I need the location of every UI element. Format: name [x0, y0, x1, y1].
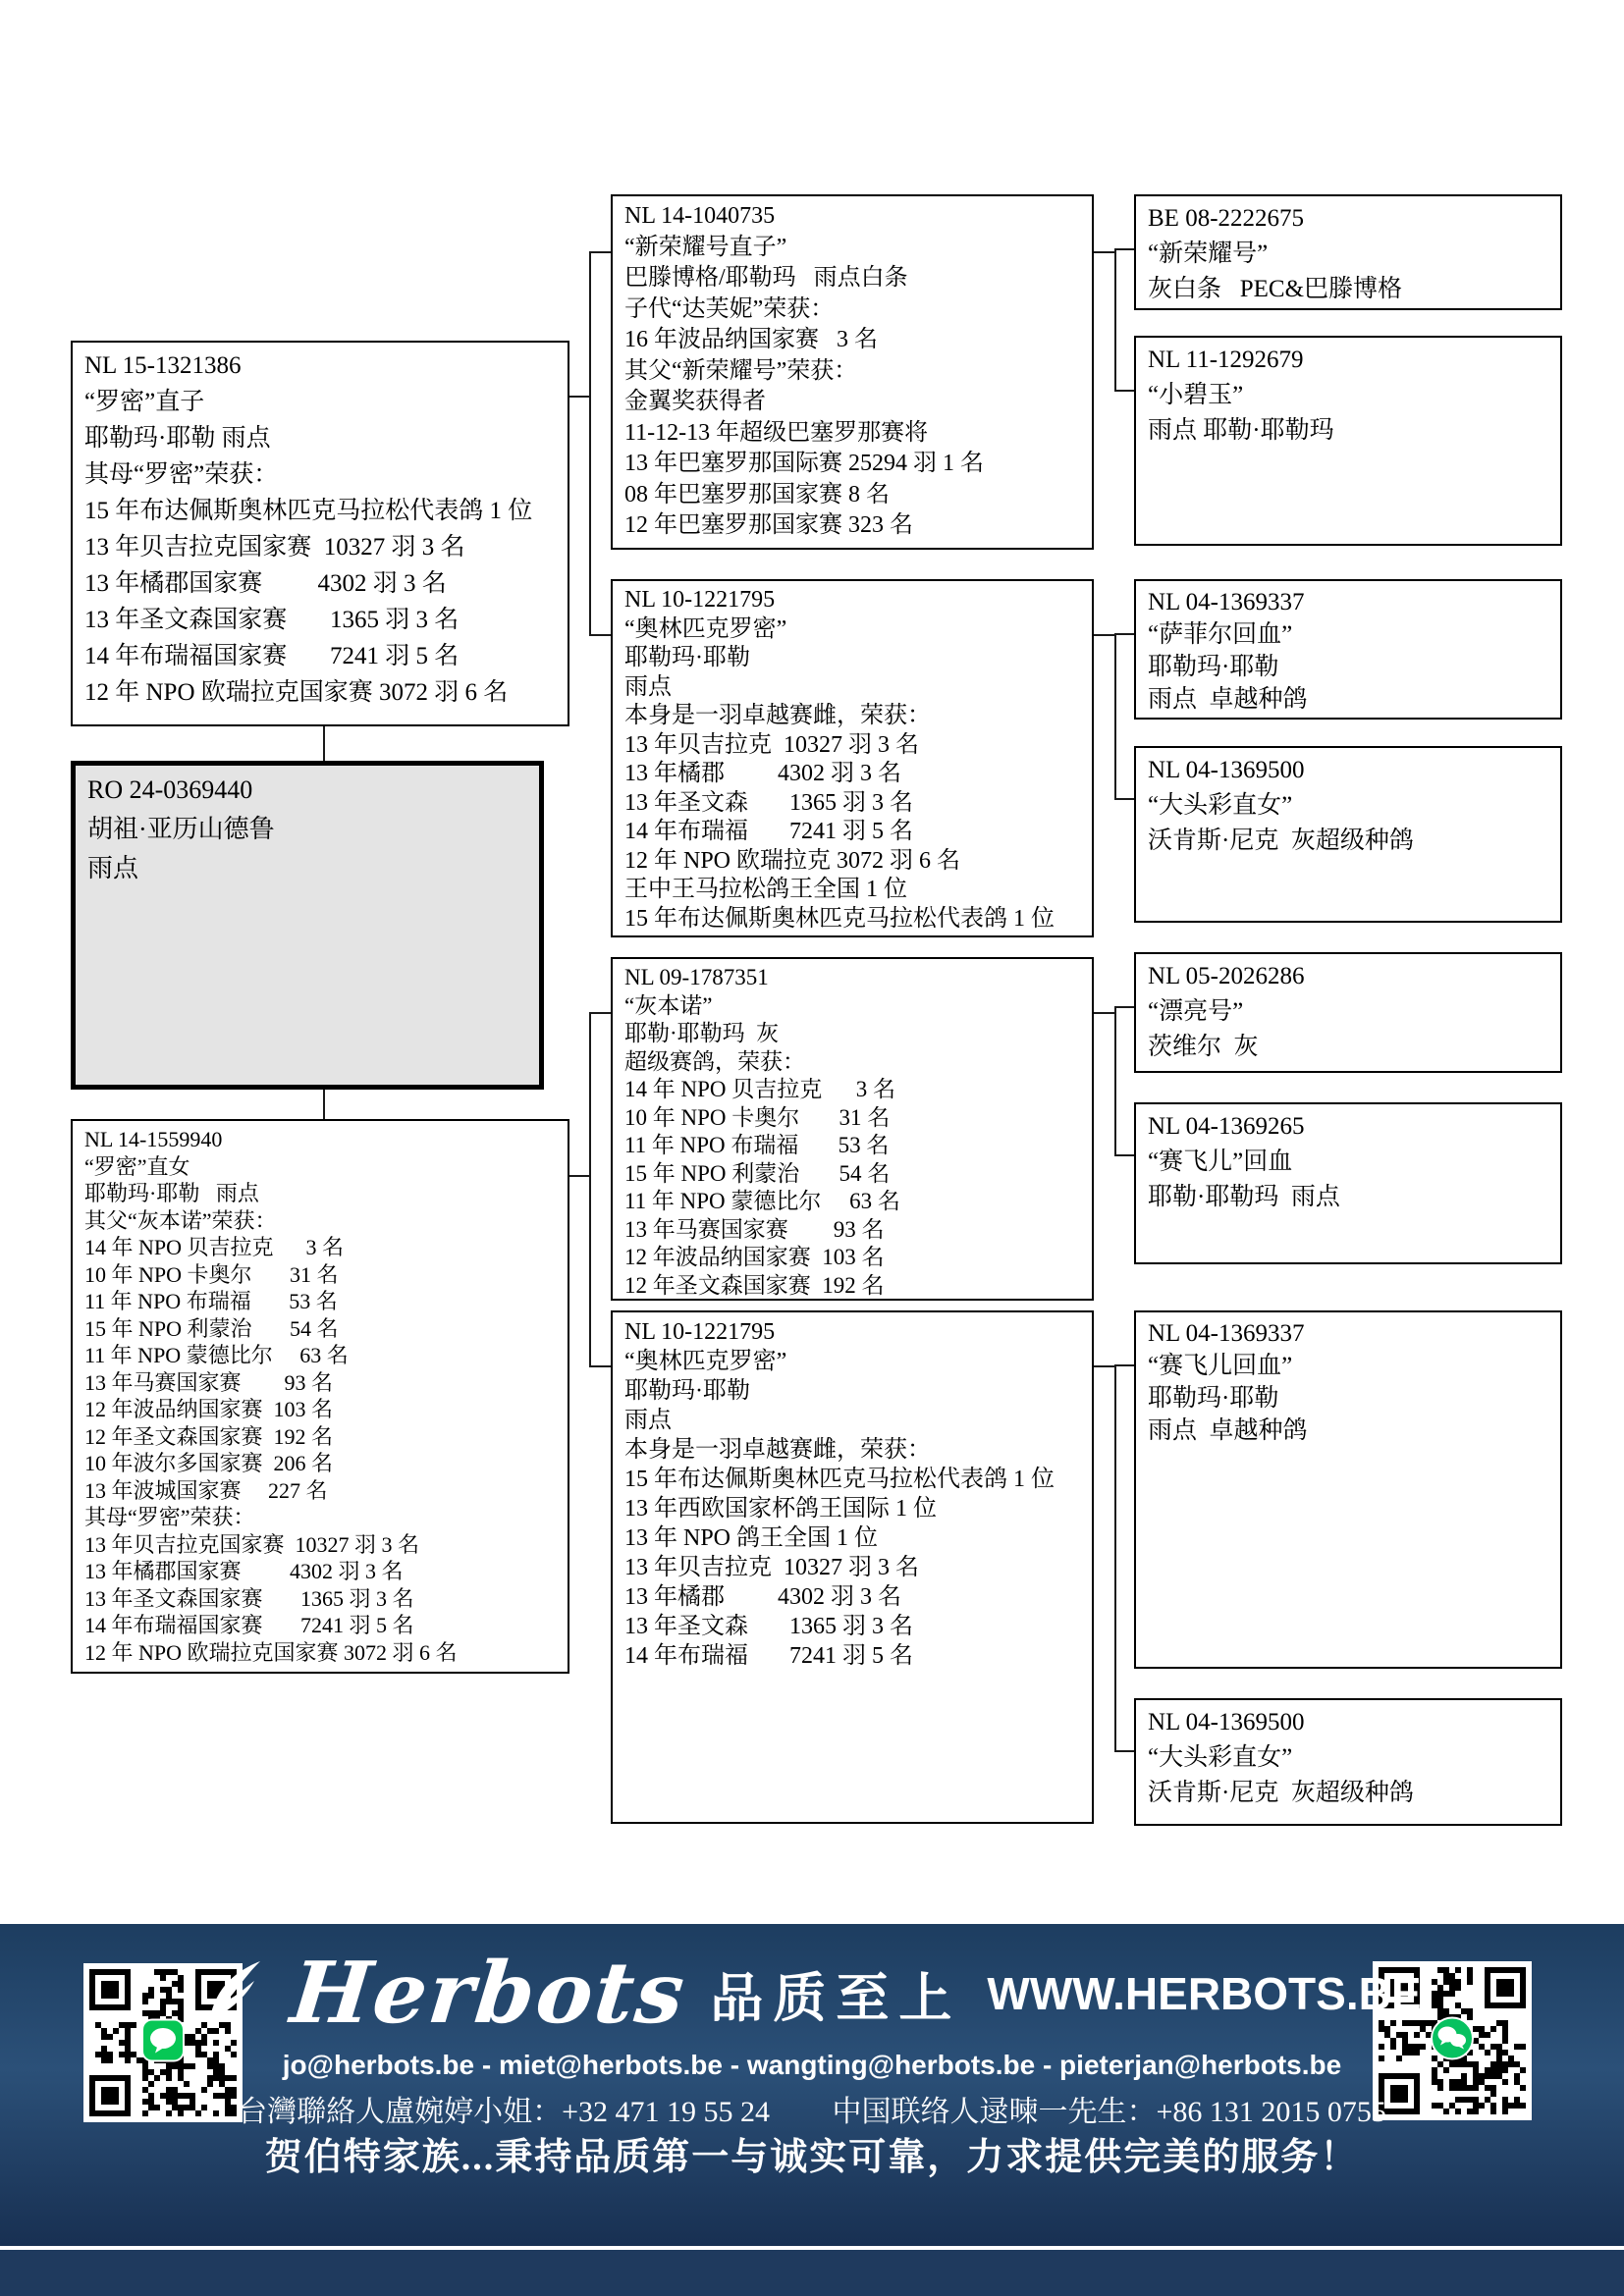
pedigree-line: “大头彩直女” [1148, 1740, 1552, 1776]
connector-line [589, 1012, 591, 1367]
pedigree-line: 13 年巴塞罗那国际赛 25294 羽 1 名 [624, 449, 1084, 480]
pedigree-line: 本身是一羽卓越赛雌，荣获： [624, 1435, 1084, 1465]
pedigree-line: 12 年巴塞罗那国家赛 323 名 [624, 510, 1084, 542]
pedigree-line: 其母“罗密”荣获： [84, 456, 560, 493]
connector-line [1094, 1365, 1116, 1367]
pedigree-line: NL 14-1040735 [624, 201, 1084, 233]
pedigree-line: 14 年 NPO 贝吉拉克 3 名 [624, 1076, 1084, 1104]
pedigree-line: 13 年贝吉拉克 10327 羽 3 名 [624, 1553, 1084, 1582]
pedigree-line: 金翼奖获得者 [624, 387, 1084, 418]
feather-icon [203, 1957, 266, 2031]
pedigree-box-granddam-paternal: NL 10-1221795“奥林匹克罗密”耶勒玛·耶勒雨点本身是一羽卓越赛雌，荣… [611, 579, 1094, 937]
pedigree-box-granddam-maternal: NL 10-1221795“奥林匹克罗密”耶勒玛·耶勒雨点本身是一羽卓越赛雌，荣… [611, 1310, 1094, 1824]
pedigree-line: 沃肯斯·尼克 灰超级种鸽 [1148, 824, 1552, 859]
pedigree-line: 14 年布瑞福国家赛 7241 羽 5 名 [84, 638, 560, 674]
pedigree-line: 耶勒玛·耶勒 [624, 644, 1084, 673]
pedigree-line: 10 年 NPO 卡奥尔 31 名 [84, 1261, 560, 1289]
pedigree-line: 13 年橘郡国家赛 4302 羽 3 名 [84, 565, 560, 602]
pedigree-line: 耶勒玛·耶勒 [624, 1376, 1084, 1406]
pedigree-line: 11 年 NPO 布瑞福 53 名 [624, 1132, 1084, 1160]
pedigree-line: 13 年马赛国家赛 93 名 [624, 1216, 1084, 1245]
pedigree-line: 耶勒·耶勒玛 雨点 [1148, 1180, 1552, 1215]
pedigree-line: “漂亮号” [1148, 994, 1552, 1030]
connector-line [1114, 1364, 1116, 1752]
pedigree-line: 12 年 NPO 欧瑞拉克 3072 羽 6 名 [624, 847, 1084, 877]
pedigree-line: 本身是一羽卓越赛雌，荣获： [624, 702, 1084, 731]
connector-line [1114, 1006, 1134, 1008]
connector-line [1114, 1750, 1134, 1752]
pedigree-line: 15 年布达佩斯奥林匹克马拉松代表鸽 1 位 [624, 905, 1084, 934]
pedigree-line: 耶勒玛·耶勒 雨点 [84, 1180, 560, 1207]
connector-line [1094, 1012, 1116, 1014]
connector-line [1114, 248, 1134, 250]
pedigree-line: 13 年圣文森 1365 羽 3 名 [624, 789, 1084, 819]
pedigree-line: NL 04-1369500 [1148, 1705, 1552, 1740]
brand-slogan-cn: 品质至上 [710, 1956, 961, 2032]
pedigree-line: 沃肯斯·尼克 灰超级种鸽 [1148, 1776, 1552, 1811]
pedigree-line: 超级赛鸽，荣获： [624, 1048, 1084, 1077]
pedigree-line: RO 24-0369440 [87, 771, 531, 810]
pedigree-box-grandsire-maternal: NL 09-1787351“灰本诺”耶勒·耶勒玛 灰超级赛鸽，荣获：14 年 N… [611, 957, 1094, 1301]
website-url: WWW.HERBOTS.BE [987, 1967, 1421, 2020]
pedigree-line: 14 年布瑞福国家赛 7241 羽 5 名 [84, 1612, 560, 1639]
pedigree-line: “新荣耀号” [1148, 237, 1552, 272]
pedigree-line: 耶勒玛·耶勒 [1148, 651, 1552, 683]
pedigree-line: 13 年圣文森 1365 羽 3 名 [624, 1612, 1084, 1641]
connector-line [589, 1365, 611, 1367]
pedigree-line: 12 年 NPO 欧瑞拉克国家赛 3072 羽 6 名 [84, 1639, 560, 1667]
pedigree-line: 其母“罗密”荣获： [84, 1504, 560, 1531]
pedigree-line: 13 年贝吉拉克国家赛 10327 羽 3 名 [84, 1531, 560, 1559]
footer-tagline: 贺伯特家族...秉持品质第一与诚实可靠，力求提供完美的服务！ [0, 2126, 1624, 2180]
pedigree-line: “罗密”直子 [84, 384, 560, 420]
connector-line [589, 1012, 611, 1014]
pedigree-line: 11-12-13 年超级巴塞罗那赛将 [624, 418, 1084, 450]
brand-row: Herbots 品质至上 WWW.HERBOTS.BE [0, 1951, 1624, 2036]
pedigree-line: 10 年波尔多国家赛 206 名 [84, 1450, 560, 1477]
footer-main: Herbots 品质至上 WWW.HERBOTS.BE jo@herbots.b… [0, 1924, 1624, 2246]
pedigree-line: NL 15-1321386 [84, 347, 560, 384]
pedigree-line: 12 年波品纳国家赛 103 名 [624, 1244, 1084, 1272]
pedigree-line: 12 年波品纳国家赛 103 名 [84, 1396, 560, 1423]
pedigree-line: 耶勒·耶勒玛 灰 [624, 1020, 1084, 1048]
connector-line [1114, 798, 1134, 800]
footer-banner: Herbots 品质至上 WWW.HERBOTS.BE jo@herbots.b… [0, 1924, 1624, 2296]
pedigree-line: 茨维尔 灰 [1148, 1030, 1552, 1065]
pedigree-line: “新荣耀号直子” [624, 233, 1084, 264]
pedigree-line: 15 年 NPO 利蒙治 54 名 [84, 1315, 560, 1343]
pedigree-line: 15 年 NPO 利蒙治 54 名 [624, 1160, 1084, 1189]
pedigree-line: NL 09-1787351 [624, 964, 1084, 992]
pedigree-line: NL 10-1221795 [624, 1317, 1084, 1347]
pedigree-line: 16 年波品纳国家赛 3 名 [624, 325, 1084, 356]
connector-line [1114, 633, 1134, 635]
connector-line [1114, 1154, 1134, 1156]
pedigree-box-greatgrandparent-4: NL 04-1369500“大头彩直女”沃肯斯·尼克 灰超级种鸽 [1134, 746, 1562, 923]
pedigree-line: NL 04-1369500 [1148, 753, 1552, 788]
pedigree-line: 巴滕博格/耶勒玛 雨点白条 [624, 263, 1084, 294]
connector-line [589, 251, 611, 253]
pedigree-line: “罗密”直女 [84, 1153, 560, 1181]
pedigree-line: 13 年贝吉拉克国家赛 10327 羽 3 名 [84, 529, 560, 565]
pedigree-page: NL 15-1321386“罗密”直子耶勒玛·耶勒 雨点其母“罗密”荣获：15 … [0, 0, 1624, 2296]
pedigree-line: NL 14-1559940 [84, 1126, 560, 1153]
pedigree-line: 其父“灰本诺”荣获： [84, 1207, 560, 1235]
pedigree-line: 子代“达芙妮”荣获： [624, 294, 1084, 326]
pedigree-line: 13 年橘郡 4302 羽 3 名 [624, 1582, 1084, 1612]
pedigree-line: 14 年 NPO 贝吉拉克 3 名 [84, 1234, 560, 1261]
contact-taiwan: 台灣聯絡人盧婉婷小姐：+32 471 19 55 24 [238, 2096, 770, 2128]
footer-bottom-strip [0, 2250, 1624, 2296]
pedigree-line: 雨点 [624, 1406, 1084, 1435]
pedigree-line: 其父“新荣耀号”荣获： [624, 356, 1084, 388]
pedigree-line: 11 年 NPO 布瑞福 53 名 [84, 1288, 560, 1315]
pedigree-line: 13 年贝吉拉克 10327 羽 3 名 [624, 731, 1084, 761]
pedigree-line: 13 年波城国家赛 227 名 [84, 1477, 560, 1505]
pedigree-line: 雨点 [87, 849, 531, 888]
pedigree-box-greatgrandparent-5: NL 05-2026286“漂亮号”茨维尔 灰 [1134, 952, 1562, 1073]
pedigree-line: 胡祖·亚历山德鲁 [87, 810, 531, 849]
pedigree-line: “赛飞儿回血” [1148, 1350, 1552, 1382]
pedigree-box-greatgrandparent-2: NL 11-1292679“小碧玉”雨点 耶勒·耶勒玛 [1134, 336, 1562, 546]
pedigree-line: 雨点 耶勒·耶勒玛 [1148, 413, 1552, 449]
connector-line [1094, 251, 1116, 253]
pedigree-line: NL 04-1369337 [1148, 586, 1552, 618]
pedigree-box-grandsire-paternal: NL 14-1040735“新荣耀号直子”巴滕博格/耶勒玛 雨点白条子代“达芙妮… [611, 194, 1094, 550]
pedigree-line: 15 年布达佩斯奥林匹克马拉松代表鸽 1 位 [624, 1465, 1084, 1494]
pedigree-line: “赛飞儿”回血 [1148, 1145, 1552, 1180]
connector-line [323, 1090, 325, 1119]
pedigree-line: 15 年布达佩斯奥林匹克马拉松代表鸽 1 位 [84, 493, 560, 529]
connector-line [589, 251, 591, 636]
pedigree-line: 13 年橘郡 4302 羽 3 名 [624, 760, 1084, 789]
connector-line [1114, 1364, 1134, 1366]
pedigree-line: NL 10-1221795 [624, 586, 1084, 615]
pedigree-line: 耶勒玛·耶勒 雨点 [84, 420, 560, 456]
connector-line [1094, 634, 1116, 636]
pedigree-line: BE 08-2222675 [1148, 201, 1552, 237]
connector-line [1114, 248, 1116, 392]
pedigree-line: 10 年 NPO 卡奥尔 31 名 [624, 1104, 1084, 1133]
pedigree-line: 雨点 卓越种鸽 [1148, 683, 1552, 716]
brand-logo: Herbots [287, 1951, 689, 2036]
pedigree-box-greatgrandparent-7: NL 04-1369337“赛飞儿回血”耶勒玛·耶勒雨点 卓越种鸽 [1134, 1310, 1562, 1669]
pedigree-box-subject: RO 24-0369440胡祖·亚历山德鲁雨点 [71, 761, 544, 1090]
pedigree-line: “奥林匹克罗密” [624, 1347, 1084, 1376]
pedigree-line: 12 年圣文森国家赛 192 名 [624, 1272, 1084, 1301]
pedigree-line: 灰白条 PEC&巴滕博格 [1148, 272, 1552, 307]
connector-line [323, 726, 325, 761]
pedigree-line: “小碧玉” [1148, 378, 1552, 413]
contact-china: 中国联络人逯暕一先生：+86 131 2015 0755 [833, 2096, 1386, 2128]
pedigree-line: “奥林匹克罗密” [624, 615, 1084, 645]
connector-line [1114, 390, 1134, 392]
connector-line [589, 634, 611, 636]
pedigree-line: 13 年西欧国家杯鸽王国际 1 位 [624, 1494, 1084, 1523]
pedigree-line: 14 年布瑞福 7241 羽 5 名 [624, 1641, 1084, 1671]
connector-line [1114, 633, 1116, 800]
pedigree-box-greatgrandparent-1: BE 08-2222675“新荣耀号”灰白条 PEC&巴滕博格 [1134, 194, 1562, 310]
pedigree-line: 雨点 卓越种鸽 [1148, 1415, 1552, 1447]
connector-line [569, 396, 591, 398]
pedigree-line: 13 年圣文森国家赛 1365 羽 3 名 [84, 602, 560, 638]
pedigree-line: 11 年 NPO 蒙德比尔 63 名 [624, 1188, 1084, 1216]
pedigree-line: 13 年圣文森国家赛 1365 羽 3 名 [84, 1585, 560, 1613]
contact-emails: jo@herbots.be - miet@herbots.be - wangti… [0, 2050, 1624, 2081]
pedigree-line: 雨点 [624, 673, 1084, 703]
contact-phones: 台灣聯絡人盧婉婷小姐：+32 471 19 55 24 中国联络人逯暕一先生：+… [0, 2087, 1624, 2130]
pedigree-line: 11 年 NPO 蒙德比尔 63 名 [84, 1342, 560, 1369]
pedigree-box-greatgrandparent-8: NL 04-1369500“大头彩直女”沃肯斯·尼克 灰超级种鸽 [1134, 1698, 1562, 1826]
pedigree-line: 13 年橘郡国家赛 4302 羽 3 名 [84, 1558, 560, 1585]
pedigree-line: “萨菲尔回血” [1148, 618, 1552, 651]
connector-line [569, 1175, 591, 1177]
pedigree-line: 13 年马赛国家赛 93 名 [84, 1369, 560, 1397]
pedigree-line: “大头彩直女” [1148, 788, 1552, 824]
pedigree-line: NL 04-1369265 [1148, 1109, 1552, 1145]
connector-line [1114, 1006, 1116, 1156]
pedigree-line: NL 04-1369337 [1148, 1317, 1552, 1350]
pedigree-line: 08 年巴塞罗那国家赛 8 名 [624, 480, 1084, 511]
pedigree-line: 耶勒玛·耶勒 [1148, 1382, 1552, 1415]
pedigree-line: 王中王马拉松鸽王全国 1 位 [624, 876, 1084, 905]
pedigree-box-greatgrandparent-6: NL 04-1369265“赛飞儿”回血耶勒·耶勒玛 雨点 [1134, 1102, 1562, 1264]
pedigree-line: 12 年 NPO 欧瑞拉克国家赛 3072 羽 6 名 [84, 674, 560, 711]
pedigree-line: 12 年圣文森国家赛 192 名 [84, 1423, 560, 1451]
pedigree-line: NL 05-2026286 [1148, 959, 1552, 994]
pedigree-box-father: NL 15-1321386“罗密”直子耶勒玛·耶勒 雨点其母“罗密”荣获：15 … [71, 341, 569, 726]
pedigree-box-mother: NL 14-1559940“罗密”直女耶勒玛·耶勒 雨点其父“灰本诺”荣获：14… [71, 1119, 569, 1674]
pedigree-line: “灰本诺” [624, 992, 1084, 1021]
pedigree-box-greatgrandparent-3: NL 04-1369337“萨菲尔回血”耶勒玛·耶勒雨点 卓越种鸽 [1134, 579, 1562, 720]
pedigree-line: NL 11-1292679 [1148, 343, 1552, 378]
pedigree-line: 14 年布瑞福 7241 羽 5 名 [624, 818, 1084, 847]
pedigree-line: 13 年 NPO 鸽王全国 1 位 [624, 1523, 1084, 1553]
